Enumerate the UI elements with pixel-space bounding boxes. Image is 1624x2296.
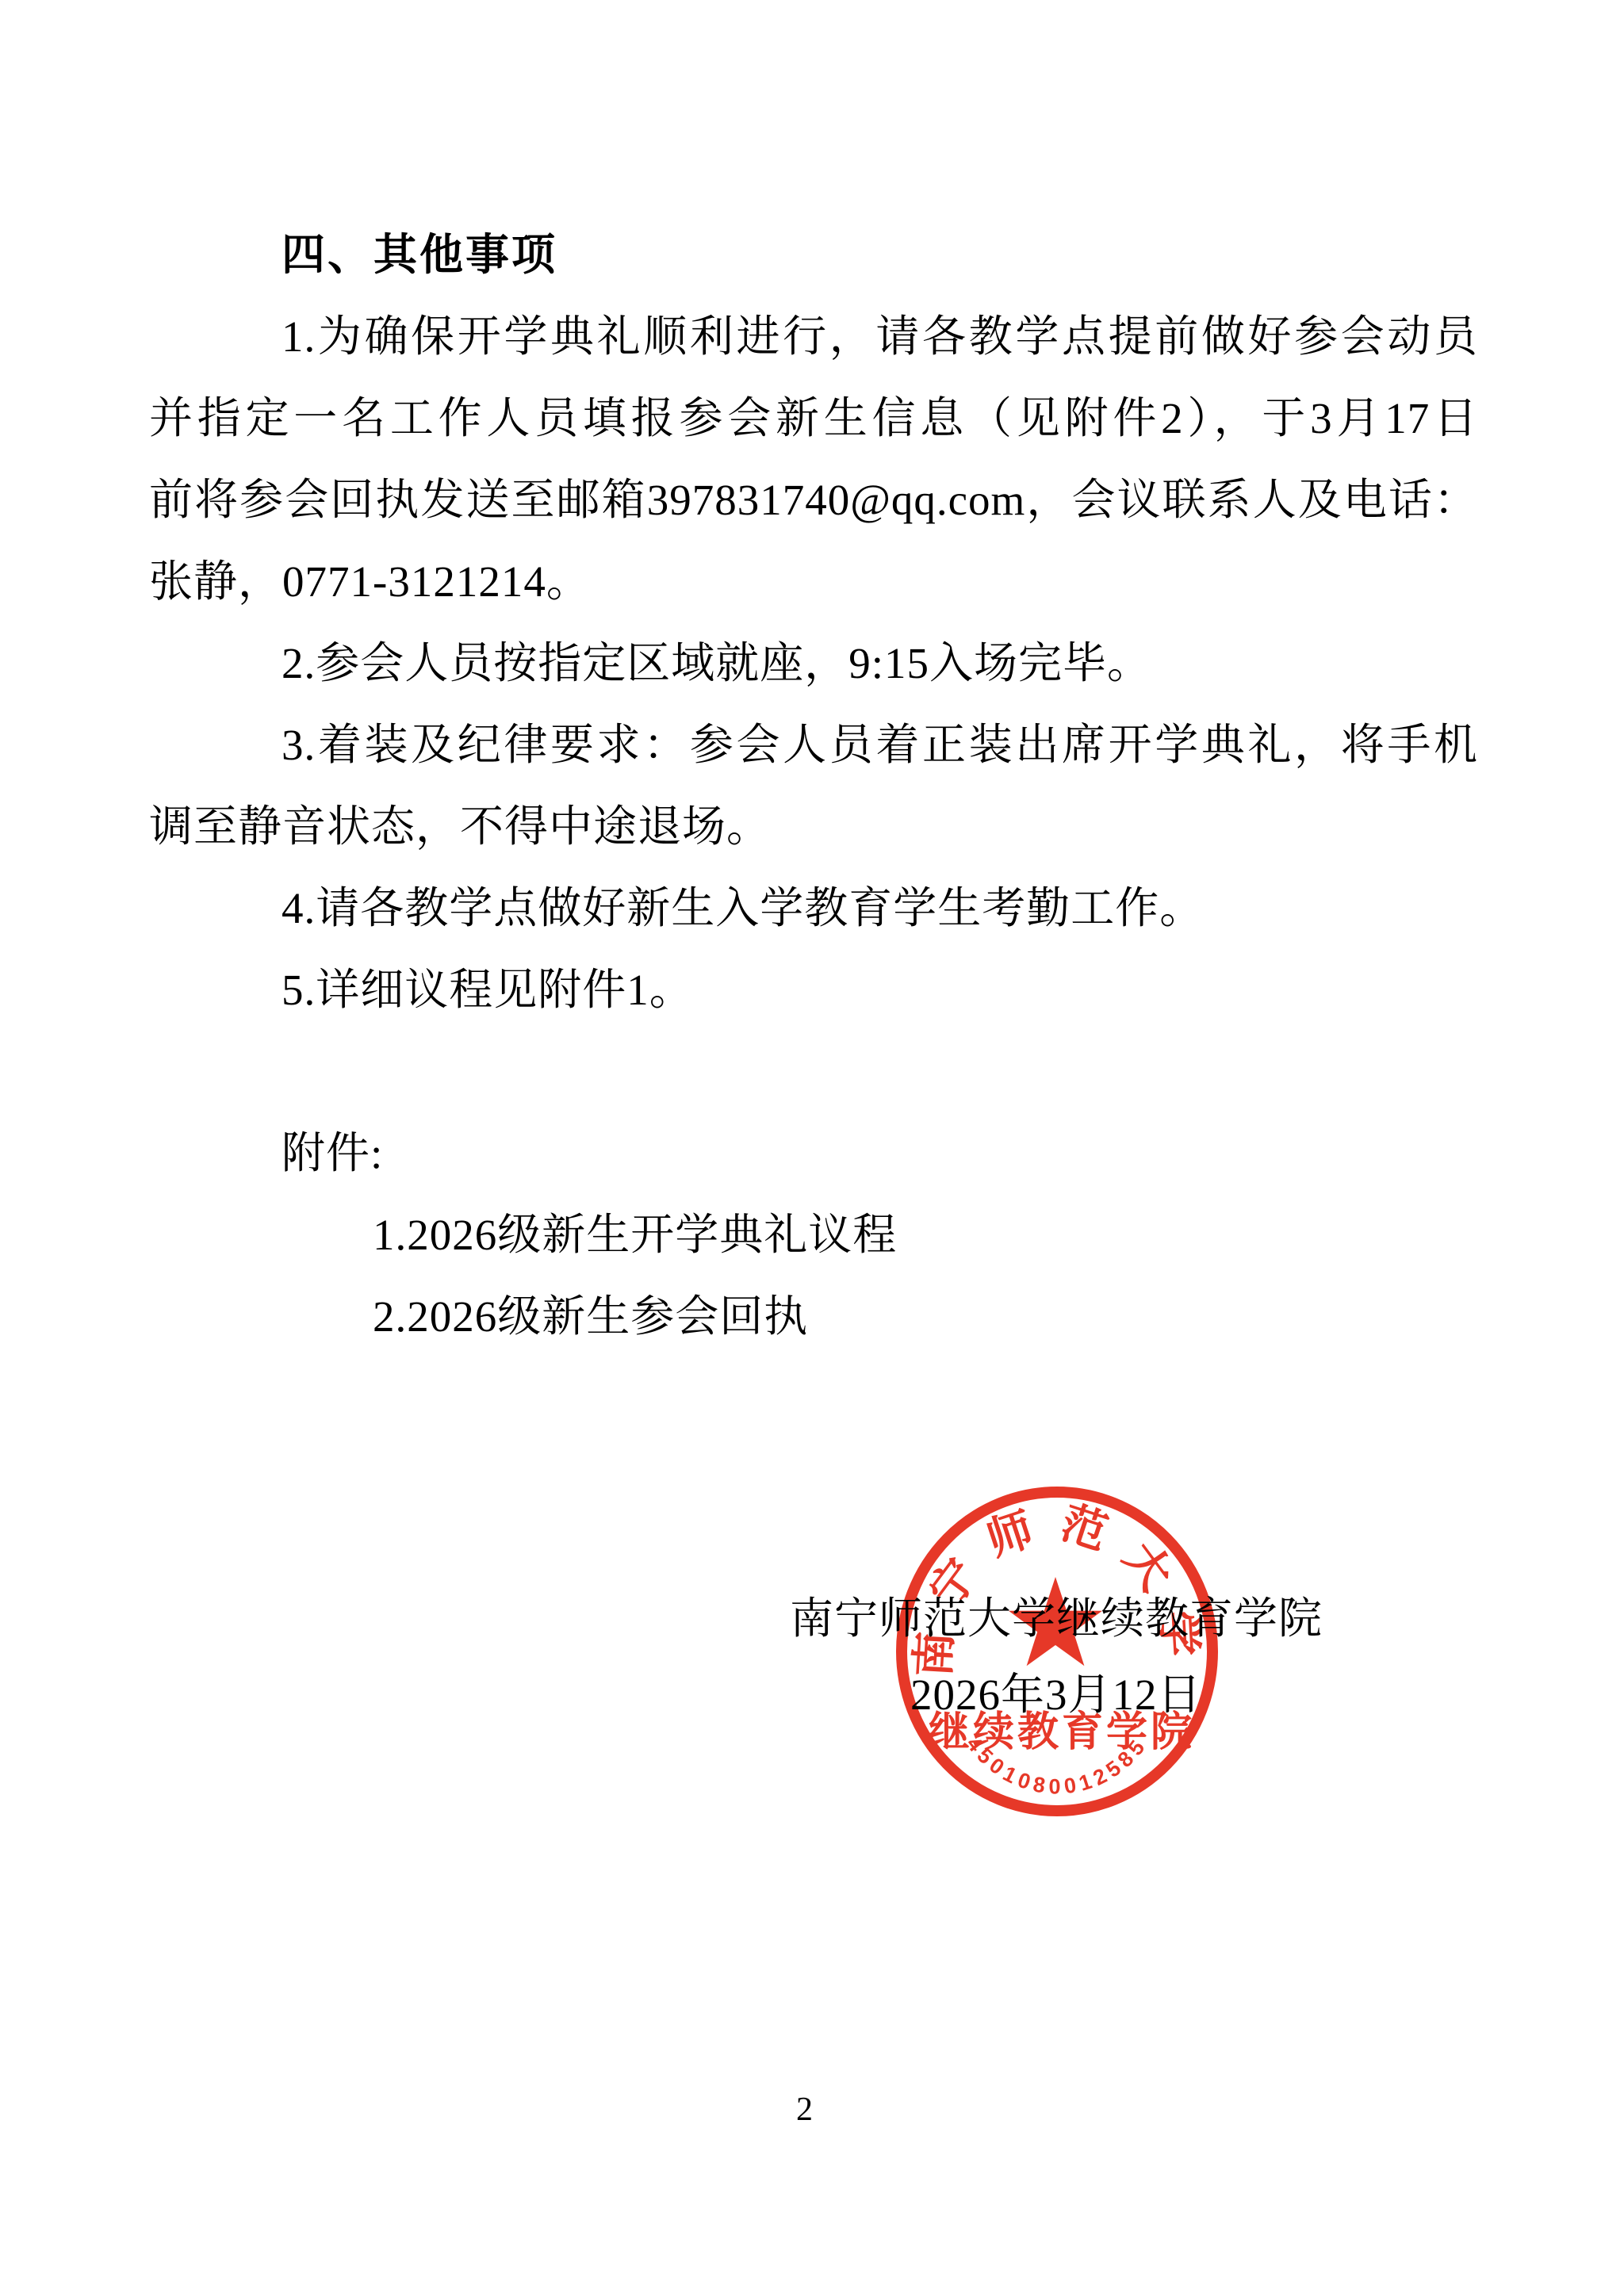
paragraph-line: 3.着装及纪律要求：参会人员着正装出席开学典礼，将手机 (149, 704, 1478, 786)
blank-line (149, 1031, 1478, 1112)
paragraph-line: 前将参会回执发送至邮箱397831740@qq.com，会议联系人及电话： (149, 459, 1478, 541)
paragraph-line: 张静，0771-3121214。 (149, 541, 1478, 622)
paragraph-line: 4.请各教学点做好新生入学教育学生考勤工作。 (149, 867, 1478, 949)
document-body: 四、其他事项 1.为确保开学典礼顺利进行，请各教学点提前做好参会动员 并指定一名… (149, 214, 1478, 1357)
paragraph-line: 调至静音状态，不得中途退场。 (149, 786, 1478, 867)
page-number: 2 (796, 2091, 813, 2128)
paragraph-line: 5.详细议程见附件1。 (149, 949, 1478, 1031)
attachments-label: 附件: (149, 1112, 1478, 1194)
official-seal: 南宁师范大学 继续教育学院 4501080012585 (891, 1481, 1224, 1822)
section-heading: 四、其他事项 (149, 214, 1478, 296)
paragraph-line: 1.为确保开学典礼顺利进行，请各教学点提前做好参会动员 (149, 296, 1478, 377)
attachment-item: 2.2026级新生参会回执 (149, 1276, 1478, 1357)
paragraph-line: 2.参会人员按指定区域就座，9:15入场完毕。 (149, 622, 1478, 704)
red-star-icon (1009, 1577, 1102, 1666)
attachment-item: 1.2026级新生开学典礼议程 (149, 1194, 1478, 1276)
paragraph-line: 并指定一名工作人员填报参会新生信息（见附件2），于3月17日 (149, 377, 1478, 459)
document-page: 四、其他事项 1.为确保开学典礼顺利进行，请各教学点提前做好参会动员 并指定一名… (0, 0, 1624, 2296)
